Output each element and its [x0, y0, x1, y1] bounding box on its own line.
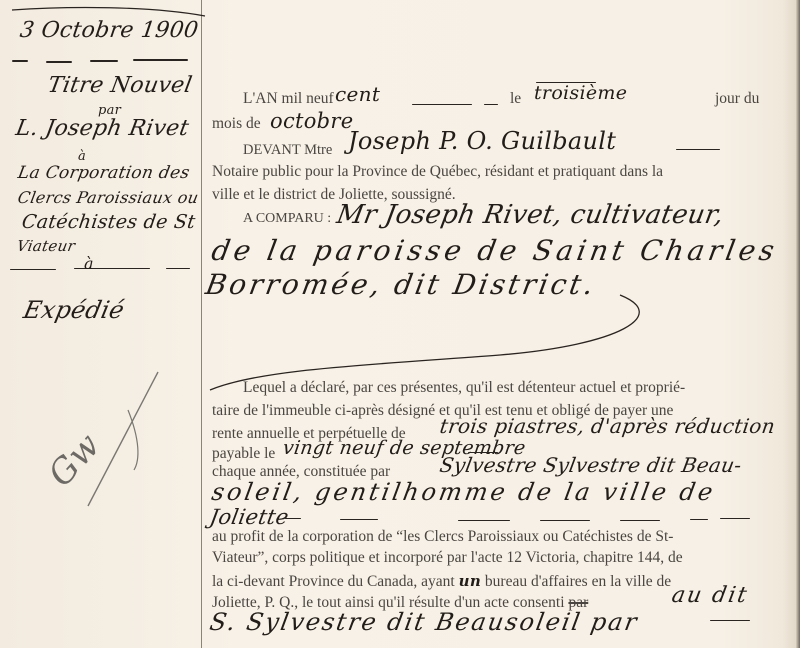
- deed-hand-day: troisième: [534, 82, 627, 104]
- pencil-slash: [80, 370, 170, 520]
- page-edge-shadow: [782, 0, 796, 648]
- deed-line1-b: le: [510, 90, 521, 108]
- p2-hand-constituant: Sylvestre Sylvestre dit Beau-: [438, 453, 744, 477]
- fill-line: [458, 520, 510, 521]
- margin-and-1: à: [78, 149, 86, 164]
- margin-dash: [12, 60, 28, 62]
- margin-party-2-line3: Catéchistes de St: [20, 211, 196, 233]
- deed-line1-c: jour du: [715, 90, 759, 108]
- margin-and-2: à: [84, 254, 94, 273]
- p2-hand-audit: au dit: [670, 583, 751, 608]
- comparu-hand-2: de la paroisse de Saint Charles: [209, 234, 781, 267]
- deed-hand-year: cent: [335, 82, 380, 106]
- p2-line10: la ci-devant Province du Canada, ayant u…: [212, 572, 671, 591]
- margin-dash: [133, 59, 188, 61]
- p2-line10-hand: un: [459, 572, 481, 590]
- margin-party-1: L. Joseph Rivet: [14, 116, 191, 141]
- margin-expedie: Expédié: [21, 296, 127, 324]
- margin-dash: [10, 269, 56, 270]
- margin-dash: [46, 61, 72, 63]
- p2-hand-line7: Joliette: [208, 505, 291, 529]
- fill-line: [620, 520, 660, 521]
- fill-line: [340, 519, 378, 520]
- deed-hand-month: octobre: [270, 109, 354, 133]
- fill-line: [690, 519, 708, 520]
- deed-line4: Notaire public pour la Province de Québe…: [212, 163, 663, 181]
- fill-line: [710, 620, 750, 621]
- fill-line: [540, 520, 590, 521]
- deed-line3: DEVANT Mtre: [243, 141, 332, 159]
- margin-date: 3 Octobre 1900: [18, 18, 200, 43]
- deed-line1-a: L'AN mil neuf: [243, 90, 334, 108]
- p2-hand-line6: soleil, gentilhomme de la ville de: [210, 478, 718, 506]
- margin-dash: [166, 268, 190, 269]
- comparu-label: A COMPARU :: [243, 211, 331, 227]
- margin-title: Titre Nouvel: [46, 73, 194, 98]
- p2-line10-a: la ci-devant Province du Canada, ayant: [212, 573, 455, 590]
- margin-dash: [90, 60, 118, 62]
- devant-label: DEVANT Mtre: [243, 142, 332, 158]
- comparu-hand-1: Mr Joseph Rivet, cultivateur,: [334, 200, 726, 230]
- margin-party-2-line2: Clercs Paroissiaux ou: [16, 188, 200, 207]
- document-page: 3 Octobre 1900 Titre Nouvel par L. Josep…: [0, 0, 800, 648]
- p2-line1: Lequel a déclaré, par ces présentes, qu'…: [243, 379, 685, 397]
- page-edge: [796, 0, 800, 648]
- p2-hand-line12: S. Sylvestre dit Beausoleil par: [208, 608, 641, 636]
- fill-line: [412, 104, 472, 105]
- p2-line10-b: bureau d'affaires en la ville de: [485, 573, 671, 590]
- margin-party-2-line4: Viateur: [15, 237, 76, 255]
- fill-line: [720, 518, 750, 519]
- fill-line: [676, 149, 720, 150]
- deed-line2: mois de: [212, 115, 261, 133]
- p2-hand-rent: trois piastres, d'après réduction: [438, 414, 776, 438]
- p2-line9: Viateur”, corps politique et incorporé p…: [212, 549, 683, 567]
- p2-line4: payable le: [212, 445, 275, 463]
- deed-hand-notary: Joseph P. O. Guilbault: [348, 127, 616, 155]
- margin-party-2-line1: La Corporation des: [16, 163, 191, 183]
- fill-line: [484, 104, 498, 105]
- p2-line8: au profit de la corporation de “les Cler…: [212, 528, 673, 546]
